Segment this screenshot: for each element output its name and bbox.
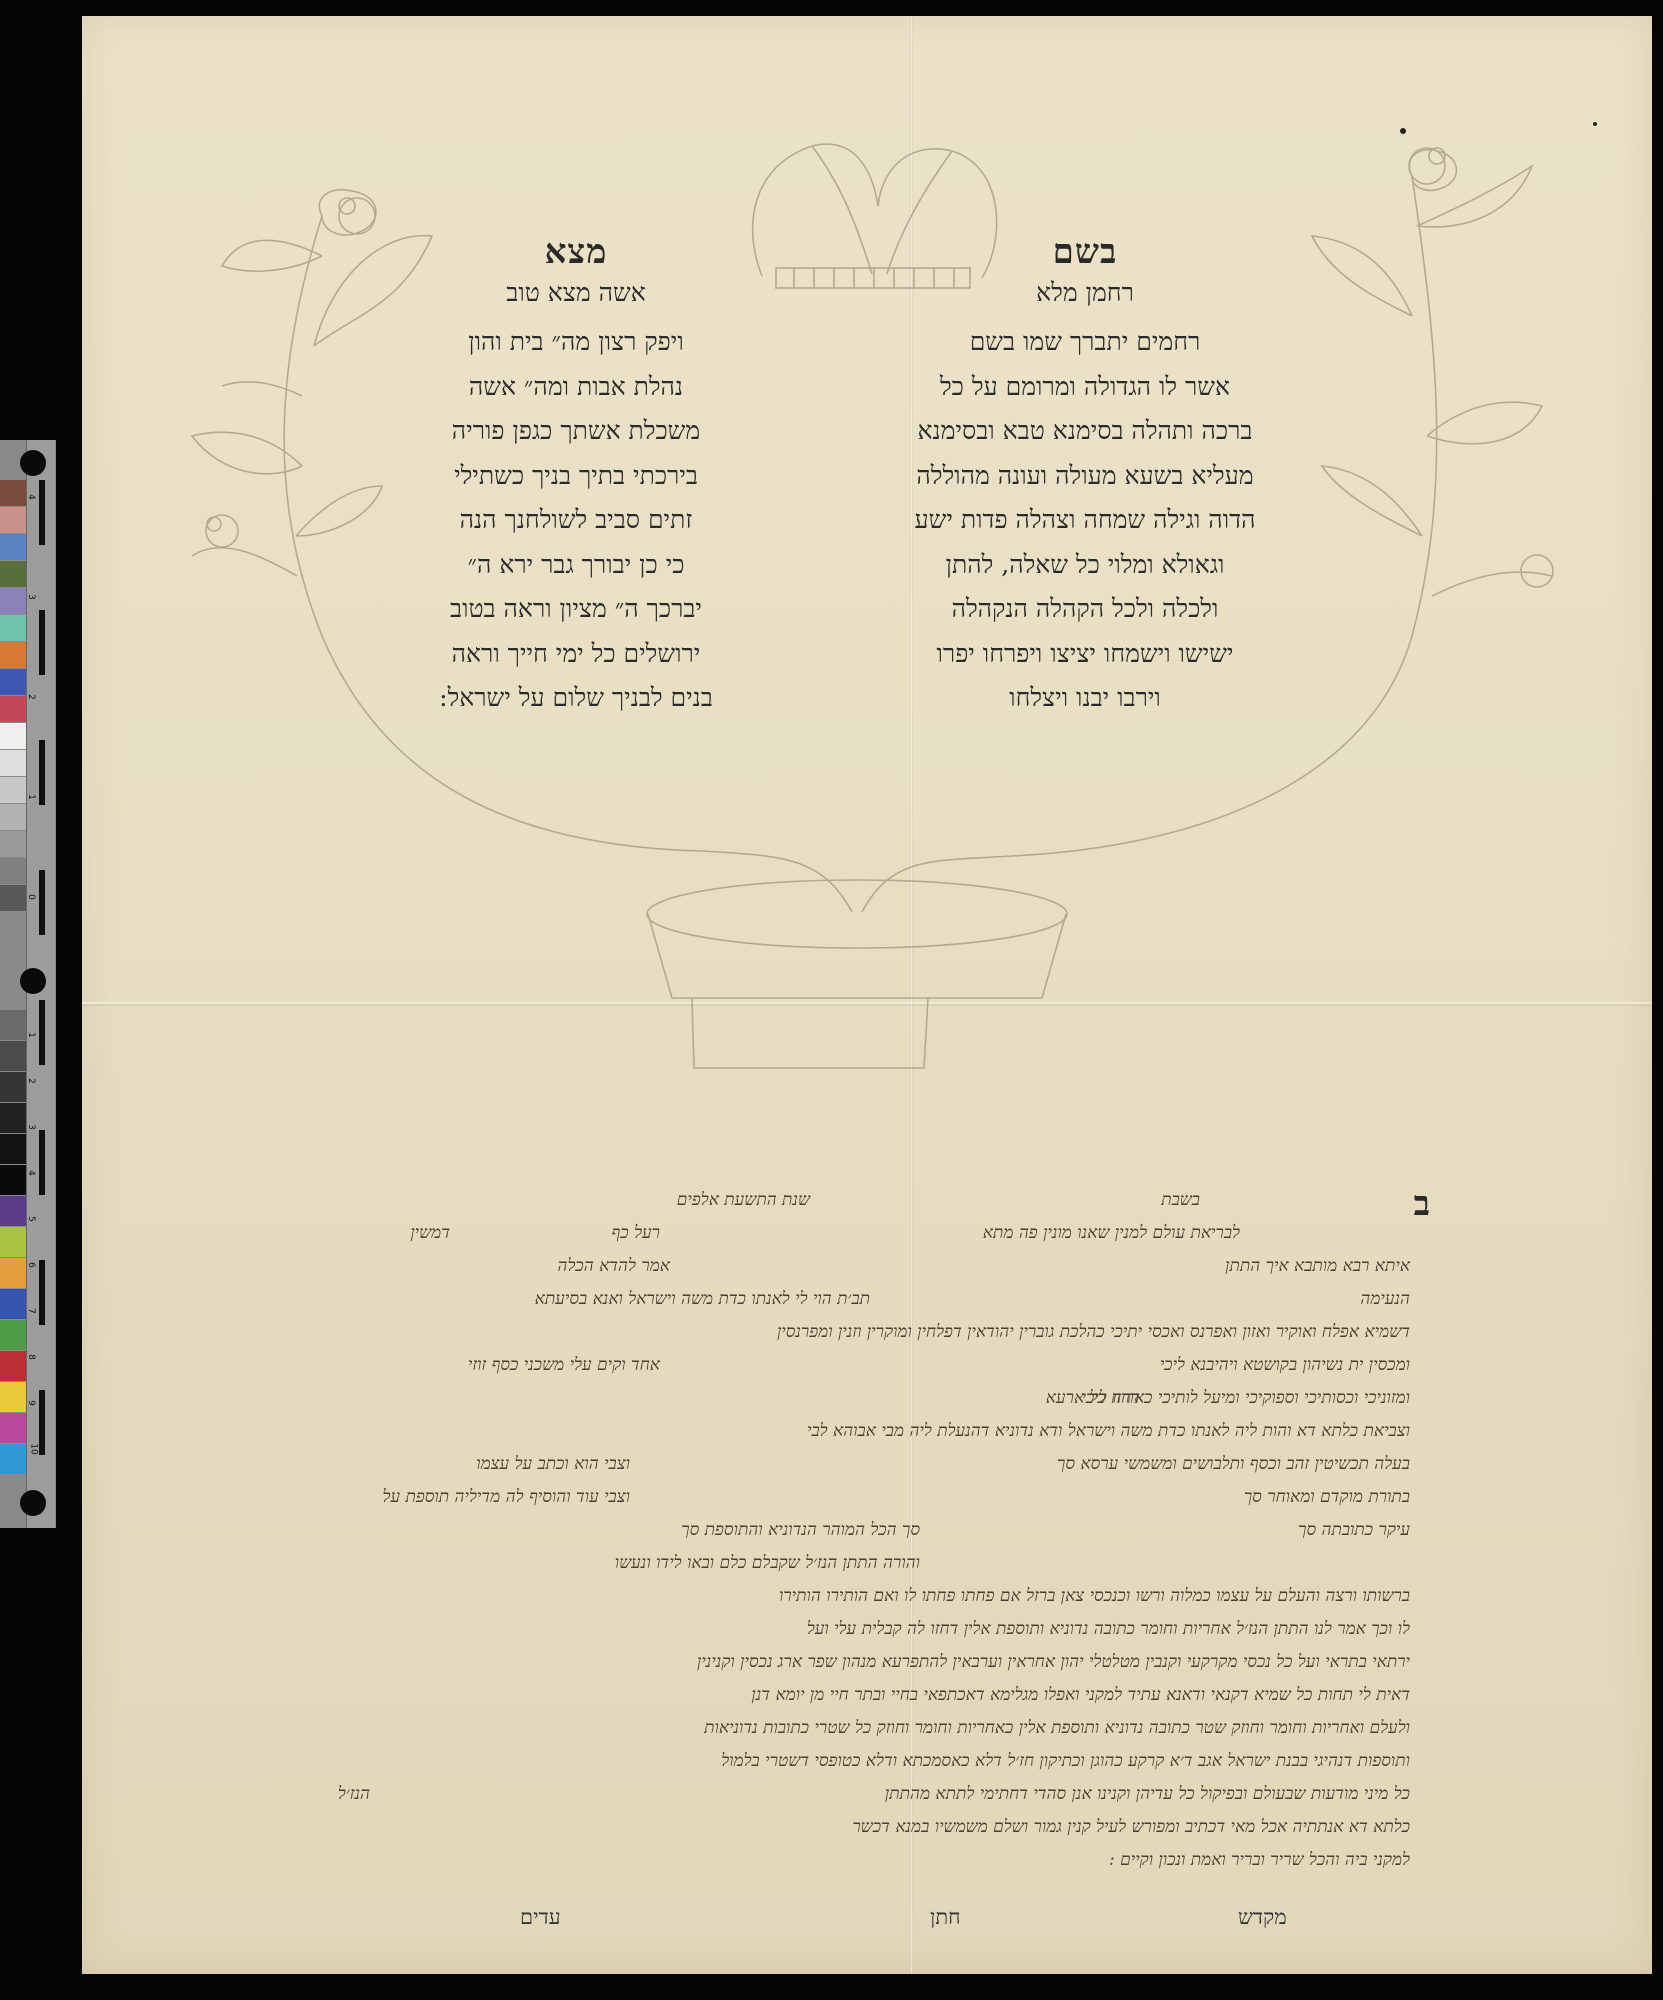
blessing-line: ברכה ותהלה בסימנא טבא ובסימנא xyxy=(860,409,1310,454)
ketubah-line: למקני ביה והכל שריר ובריר ואמת ונכון וקי… xyxy=(300,1850,1430,1883)
column-title: מצא xyxy=(356,232,796,272)
blessing-line: ישישו וישמחו יציצו ויפרחו יפרו xyxy=(860,632,1310,677)
ketubah-line: והורה התתן הנז׳ל שקבלם כלם ובאו לידו ונע… xyxy=(300,1553,1430,1586)
color-swatch xyxy=(0,750,26,776)
flower-pot-icon xyxy=(647,880,1067,1068)
ketubah-line: ולעלם ואחריות וחומר וחוזק שטר כתובה נדונ… xyxy=(300,1718,1430,1751)
ketubah-text-segment: לבריאת עולם למנין שאנו מונין פה מתא xyxy=(983,1223,1240,1243)
color-swatch xyxy=(0,831,26,857)
blessing-line: כי כן יבורך גבר ירא ה״ xyxy=(356,543,796,588)
color-swatch xyxy=(0,1103,26,1133)
ketubah-text-segment: וצבי הוא וכתב על עצמו xyxy=(476,1454,630,1474)
column-subtitle: רחמן מלא xyxy=(860,278,1310,308)
color-swatch xyxy=(0,507,26,533)
color-swatch xyxy=(0,561,26,587)
blessing-line: ולכלה ולכל הקהלה הנקהלה xyxy=(860,587,1310,632)
horizontal-fold-line xyxy=(82,1002,1652,1006)
color-swatch xyxy=(0,534,26,560)
blessing-line: רחמים יתברך שמו בשם xyxy=(860,320,1310,365)
ketubah-text-segment: עיקר כתובתה סך xyxy=(1298,1520,1410,1540)
ruler-tick-label: 4 xyxy=(26,494,36,500)
ketubah-text-segment: סך הכל המוהר הנדוניא והתוספת סך xyxy=(681,1520,920,1540)
ketubah-text-segment: דמשין xyxy=(410,1223,450,1243)
blessing-line: הדוה וגילה שמחה וצהלה פדות ישע xyxy=(860,498,1310,543)
ketubah-line: עיקר כתובתה סךסך הכל המוהר הנדוניא והתוס… xyxy=(300,1520,1430,1553)
color-swatch xyxy=(0,1413,26,1443)
ketubah-text-segment: בשבת xyxy=(1161,1190,1200,1210)
ketubah-line: ירתאי בתראי ועל כל נכסי מקרקעי וקנבין מט… xyxy=(300,1652,1430,1685)
ketubah-line: כל מיני מודעות שבעולם ובפיקול כל עדיהן ו… xyxy=(300,1784,1430,1817)
color-swatch xyxy=(0,777,26,803)
ketubah-line: דחזו ליכיומזוניכי וכסותיכי וספוקיכי ומיע… xyxy=(300,1388,1430,1421)
color-swatch xyxy=(0,669,26,695)
blessing-line: משכלת אשתך כגפן פוריה xyxy=(356,409,796,454)
ketubah-line: דאית לי תחות כל שמיא דקנאי ודאנא עתיד למ… xyxy=(300,1685,1430,1718)
ruler-tick-label: 6 xyxy=(26,1262,36,1268)
ketubah-line: בעלה תכשיטין זהב וכסף ותלבושים ומשמשי ער… xyxy=(300,1454,1430,1487)
ketubah-text-segment: כלתא דא אנתתיה אכל מאי דכתיב ומפורש לעיל… xyxy=(852,1817,1410,1837)
ketubah-text-segment: וצבי עוד והוסיף לה מדיליה תוספת על xyxy=(383,1487,631,1507)
color-swatch xyxy=(0,1196,26,1226)
ruler-segment xyxy=(39,480,45,545)
color-swatch xyxy=(0,1165,26,1195)
color-swatch xyxy=(0,1289,26,1319)
color-swatch xyxy=(0,1258,26,1288)
ruler-tick-label: 2 xyxy=(26,694,36,700)
ruler-segment xyxy=(39,1130,45,1195)
ruler-segment xyxy=(39,1000,45,1065)
blessing-line: בנים לבניך שלום על ישראל: xyxy=(356,676,796,721)
blessing-line: ויפק רצון מה״ בית והון xyxy=(356,320,796,365)
color-swatch xyxy=(0,480,26,506)
ruler-tick-label: 10 xyxy=(29,1443,39,1454)
blessing-line: יברכך ה״ מציון וראה בטוב xyxy=(356,587,796,632)
blessing-line: מעליא בשעא מעולה ועונה מהוללה xyxy=(860,454,1310,499)
blessing-line: בירכתי בתיך בניך כשתילי xyxy=(356,454,796,499)
ketubah-line: בתורת מוקדם ומאוחר סךוצבי עוד והוסיף לה … xyxy=(300,1487,1430,1520)
color-swatch xyxy=(0,1320,26,1350)
ketubah-text-segment: ולעלם ואחריות וחומר וחוזק שטר כתובה נדונ… xyxy=(704,1718,1410,1738)
column-subtitle: אשה מצא טוב xyxy=(356,278,796,308)
ketubah-text-segment: אחד וקים עלי משכני כסף זוזי xyxy=(468,1355,660,1375)
color-swatch xyxy=(0,1010,26,1040)
ketubah-line: בשבתשנת התשעת אלפים xyxy=(300,1190,1430,1223)
strip-hole xyxy=(20,450,46,476)
blessing-line: וירבו יבנו ויצלחו xyxy=(860,676,1310,721)
ketubah-text-segment: וצביאת כלתא דא והות ליה לאנתו כדת משה וי… xyxy=(807,1421,1410,1441)
ketubah-line: דשמיא אפלח ואוקיר ואזון ואפרנס ואכסי יתי… xyxy=(300,1322,1430,1355)
ketubah-line: ומכסין ית נשיהון בקושטא ויהיבנא ליכיאחד … xyxy=(300,1355,1430,1388)
ruler-tick-label: 5 xyxy=(26,1216,36,1222)
ketubah-text-segment: הנז׳ל xyxy=(338,1784,370,1804)
signature-edim: עדים xyxy=(520,1905,561,1930)
blessing-column-left: מצא אשה מצא טוב ויפק רצון מה״ בית והון נ… xyxy=(356,232,796,721)
ruler-tick-label: 1 xyxy=(26,794,36,800)
ruler-segment xyxy=(39,1260,45,1325)
ink-spot xyxy=(1593,122,1597,126)
ruler-tick-label: 2 xyxy=(26,1078,36,1084)
ketubah-text-segment: רעל כף xyxy=(612,1223,660,1243)
ruler-segment xyxy=(39,870,45,935)
ketubah-text-segment: והורה התתן הנז׳ל שקבלם כלם ובאו לידו ונע… xyxy=(615,1553,920,1573)
ketubah-line: כלתא דא אנתתיה אכל מאי דכתיב ומפורש לעיל… xyxy=(300,1817,1430,1850)
ruler-tick-label: 3 xyxy=(26,1124,36,1130)
ketubah-line: איתא רבא מותבא איך התתןאמר להדא הכלה xyxy=(300,1256,1430,1289)
ketubah-text-segment: אמר להדא הכלה xyxy=(557,1256,670,1276)
color-calibration-strip: 4321012345678910 xyxy=(0,440,56,1528)
color-swatch xyxy=(0,615,26,641)
ketubah-text-segment: לו וכך אמר לנו התתן הנז׳ל אחריות וחומר כ… xyxy=(807,1619,1410,1639)
ketubah-text-segment: דשמיא אפלח ואוקיר ואזון ואפרנס ואכסי יתי… xyxy=(777,1322,1410,1342)
ruler-segment xyxy=(39,610,45,675)
color-swatch xyxy=(0,696,26,722)
blessing-line: נהלת אבות ומה״ אשה xyxy=(356,365,796,410)
ruler-tick-label: 9 xyxy=(26,1400,36,1406)
ketubah-text-segment: ותוספות דנהיגי בבנת ישראל אגב ד׳א קרקע כ… xyxy=(721,1751,1410,1771)
ketubah-text-segment: תב׳ת הוי לי לאנתו כדת משה וישראל ואנא בס… xyxy=(535,1289,870,1309)
color-swatch xyxy=(0,1227,26,1257)
ketubah-line: הנעימהתב׳ת הוי לי לאנתו כדת משה וישראל ו… xyxy=(300,1289,1430,1322)
blessing-line: ירושלים כל ימי חייך וראה xyxy=(356,632,796,677)
ketubah-text-segment: שנת התשעת אלפים xyxy=(677,1190,810,1210)
color-swatch xyxy=(0,588,26,614)
color-swatch xyxy=(0,804,26,830)
column-title: בשם xyxy=(860,232,1310,272)
color-swatch xyxy=(0,1072,26,1102)
ruler-tick-label: 1 xyxy=(26,1032,36,1038)
color-swatch xyxy=(0,885,26,911)
ketubah-line: ברשותו ורצה והעלם על עצמו כמלוה ורשו וכנ… xyxy=(300,1586,1430,1619)
ketubah-text-segment: בעלה תכשיטין זהב וכסף ותלבושים ומשמשי ער… xyxy=(1057,1454,1410,1474)
ruler-tick-label: 3 xyxy=(26,594,36,600)
color-swatch xyxy=(0,1444,26,1474)
blessing-line: זתים סביב לשולחנך הנה xyxy=(356,498,796,543)
color-swatch xyxy=(0,1134,26,1164)
blessing-line: אשר לו הגדולה ומרומם על כל xyxy=(860,365,1310,410)
ketubah-line: וצביאת כלתא דא והות ליה לאנתו כדת משה וי… xyxy=(300,1421,1430,1454)
ketubah-text: ב בשבתשנת התשעת אלפיםלבריאת עולם למנין ש… xyxy=(300,1190,1430,1883)
color-swatch xyxy=(0,642,26,668)
ruler-tick-label: 8 xyxy=(26,1354,36,1360)
color-swatch xyxy=(0,858,26,884)
ketubah-text-segment: למקני ביה והכל שריר ובריר ואמת ונכון וקי… xyxy=(1109,1850,1410,1870)
ketubah-text-segment: ברשותו ורצה והעלם על עצמו כמלוה ורשו וכנ… xyxy=(779,1586,1410,1606)
color-swatch xyxy=(0,723,26,749)
strip-hole xyxy=(20,968,46,994)
ketubah-text-segment: ירתאי בתראי ועל כל נכסי מקרקעי וקנבין מט… xyxy=(697,1652,1410,1672)
ruler-tick-label: 7 xyxy=(26,1308,36,1314)
color-swatch xyxy=(0,1041,26,1071)
blessing-column-right: בשם רחמן מלא רחמים יתברך שמו בשם אשר לו … xyxy=(860,232,1310,721)
ketubah-text-segment: דאית לי תחות כל שמיא דקנאי ודאנא עתיד למ… xyxy=(751,1685,1410,1705)
ketubah-text-segment: בתורת מוקדם ומאוחר סך xyxy=(1244,1487,1410,1507)
color-swatch xyxy=(0,1351,26,1381)
signature-chatan: חתן xyxy=(930,1905,961,1930)
ruler-segment xyxy=(39,740,45,805)
signature-mekadesh: מקדש xyxy=(1238,1905,1287,1930)
ketubah-text-segment: כל מיני מודעות שבעולם ובפיקול כל עדיהן ו… xyxy=(885,1784,1410,1804)
strip-hole xyxy=(20,1490,46,1516)
ketubah-line: ותוספות דנהיגי בבנת ישראל אגב ד׳א קרקע כ… xyxy=(300,1751,1430,1784)
ruler-tick-label: 0 xyxy=(26,894,36,900)
ketubah-text-segment: הנעימה xyxy=(1360,1289,1410,1309)
ruler-segment xyxy=(39,1390,45,1455)
color-swatch xyxy=(0,1382,26,1412)
ketubah-line: לבריאת עולם למנין שאנו מונין פה מתארעל כ… xyxy=(300,1223,1430,1256)
ruler-tick-label: 4 xyxy=(26,1170,36,1176)
ink-spot xyxy=(1400,128,1406,134)
ketubah-text-segment: איתא רבא מותבא איך התתן xyxy=(1225,1256,1410,1276)
ketubah-line: לו וכך אמר לנו התתן הנז׳ל אחריות וחומר כ… xyxy=(300,1619,1430,1652)
blessing-line: וגאולא ומלוי כל שאלה, להתן xyxy=(860,543,1310,588)
ketubah-text-segment: ומכסין ית נשיהון בקושטא ויהיבנא ליכי xyxy=(1160,1355,1410,1375)
ketubah-text-segment: ומזוניכי וכסותיכי וספוקיכי ומיעל לותיכי … xyxy=(1046,1388,1410,1408)
